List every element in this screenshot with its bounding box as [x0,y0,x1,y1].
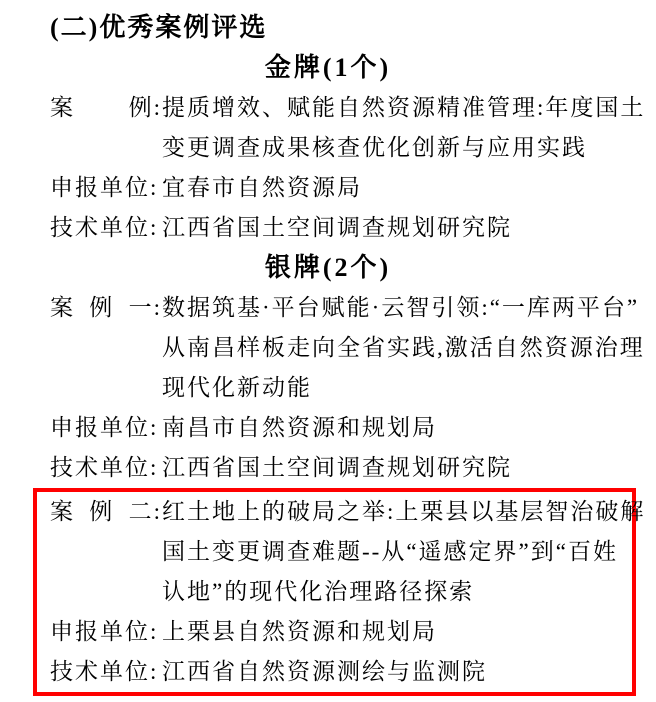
case-title-row: 国土变更调查难题--从“遥感定界”到“百姓 [37,532,632,572]
case-label: 案 例 二: [50,492,162,532]
case-label-part: 例 [89,492,114,532]
case-title-line: 数据筑基·平台赋能·云智引领:“一库两平台” [162,288,656,328]
case-label-part: 例: [129,88,162,128]
page-heading: (二)优秀案例评选 [0,8,656,48]
case-block-gold: 案 例: 提质增效、赋能自然资源精准管理:年度国土 变更调查成果核查优化创新与应… [0,88,656,248]
declare-unit-label: 申报单位: [50,168,162,208]
case-title-line: 国土变更调查难题--从“遥感定界”到“百姓 [162,532,632,572]
case-title-line: 提质增效、赋能自然资源精准管理:年度国土 [162,88,656,128]
case-title-line: 红土地上的破局之举:上栗县以基层智治破解 [162,492,645,532]
tech-unit-label: 技术单位: [50,208,162,248]
case-label: 案 例: [50,88,162,128]
tech-unit-row: 技术单位: 江西省国土空间调查规划研究院 [0,208,656,248]
declare-unit-row: 申报单位: 南昌市自然资源和规划局 [0,408,656,448]
declare-unit-value: 南昌市自然资源和规划局 [162,408,656,448]
case-label-part: 例 [89,288,114,328]
case-title-line: 变更调查成果核查优化创新与应用实践 [162,128,656,168]
tech-unit-value: 江西省自然资源测绘与监测院 [162,652,632,692]
tech-unit-value: 江西省国土空间调查规划研究院 [162,448,656,488]
case-title-row: 从南昌样板走向全省实践,激活自然资源治理 [0,328,656,368]
declare-unit-label: 申报单位: [50,612,162,652]
section-title-silver: 银牌(2个) [0,248,656,288]
case-title-line: 现代化新动能 [162,368,656,408]
declare-unit-value: 宜春市自然资源局 [162,168,656,208]
tech-unit-label: 技术单位: [50,448,162,488]
case-label: 案 例 一: [50,288,162,328]
case-title-row: 现代化新动能 [0,368,656,408]
case-label-part: 案 [50,492,75,532]
declare-unit-label: 申报单位: [50,408,162,448]
case-title-row: 案 例 一: 数据筑基·平台赋能·云智引领:“一库两平台” [0,288,656,328]
tech-unit-row: 技术单位: 江西省自然资源测绘与监测院 [37,652,632,692]
case-title-line: 认地”的现代化治理路径探索 [162,572,632,612]
declare-unit-value: 上栗县自然资源和规划局 [162,612,632,652]
red-highlight-box: 案 例 二: 红土地上的破局之举:上栗县以基层智治破解 国土变更调查难题--从“… [33,488,636,696]
document-page: (二)优秀案例评选 金牌(1个) 案 例: 提质增效、赋能自然资源精准管理:年度… [0,0,656,702]
tech-unit-row: 技术单位: 江西省国土空间调查规划研究院 [0,448,656,488]
tech-unit-value: 江西省国土空间调查规划研究院 [162,208,656,248]
section-title-gold: 金牌(1个) [0,48,656,88]
case-title-row: 案 例 二: 红土地上的破局之举:上栗县以基层智治破解 [37,492,632,532]
declare-unit-row: 申报单位: 上栗县自然资源和规划局 [37,612,632,652]
case-block-silver-2: 案 例 二: 红土地上的破局之举:上栗县以基层智治破解 国土变更调查难题--从“… [37,492,632,692]
case-label-part: 案 [50,288,75,328]
case-title-row: 案 例: 提质增效、赋能自然资源精准管理:年度国土 [0,88,656,128]
tech-unit-label: 技术单位: [50,652,162,692]
case-title-row: 认地”的现代化治理路径探索 [37,572,632,612]
case-label-part: 二: [129,492,162,532]
case-block-silver-1: 案 例 一: 数据筑基·平台赋能·云智引领:“一库两平台” 从南昌样板走向全省实… [0,288,656,488]
case-title-line: 从南昌样板走向全省实践,激活自然资源治理 [162,328,656,368]
declare-unit-row: 申报单位: 宜春市自然资源局 [0,168,656,208]
case-title-row: 变更调查成果核查优化创新与应用实践 [0,128,656,168]
case-label-part: 案 [50,88,75,128]
case-label-part: 一: [129,288,162,328]
